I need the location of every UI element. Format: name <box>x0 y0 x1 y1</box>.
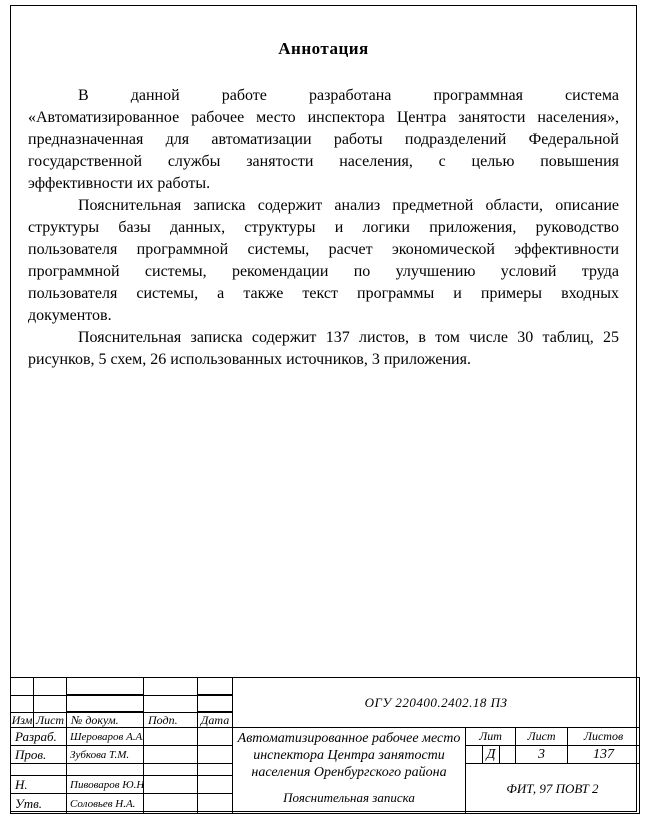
signature-role: Н. <box>11 776 67 794</box>
signature-field <box>144 794 198 813</box>
signature-field <box>144 746 198 764</box>
revision-cell <box>198 696 233 713</box>
column-header-data: Дата <box>198 713 233 728</box>
text-line: Пояснительная записка содержит анализ пр… <box>28 195 619 217</box>
text-line: эффективности их работы. <box>28 173 619 195</box>
signature-name: Соловьев Н.А. <box>67 794 144 813</box>
revision-cell <box>67 678 144 696</box>
document-title-line: Автоматизированное рабочее место <box>238 730 461 747</box>
revision-cell <box>198 678 233 696</box>
sheets-header: Листов <box>568 728 639 746</box>
document-title-line: инспектора Центра занятости <box>253 747 445 764</box>
text-line: пользователя программной системы, расчет… <box>28 239 619 261</box>
signature-name <box>67 764 144 776</box>
text-line: программной системы, рекомендации по улу… <box>28 261 619 283</box>
date-field <box>198 764 233 776</box>
text-line: документов. <box>28 305 619 327</box>
signature-role: Пров. <box>11 746 67 764</box>
title-block: Изм Лист № докум. Подп. Дата Разраб. Шер… <box>10 677 640 814</box>
text-line: В данной работе разработана программная … <box>28 85 619 107</box>
date-field <box>198 746 233 764</box>
lit-subcell <box>466 746 483 764</box>
text-line: пользователя системы, а также текст прог… <box>28 283 619 305</box>
signature-field <box>144 776 198 794</box>
date-field <box>198 776 233 794</box>
signature-name: Зубкова Т.М. <box>67 746 144 764</box>
annotation-heading: Аннотация <box>11 39 636 59</box>
document-subtitle: Пояснительная записка <box>283 790 415 806</box>
signature-field <box>144 764 198 776</box>
revision-cell <box>34 678 67 696</box>
document-title-cell: Автоматизированное рабочее место инспект… <box>233 728 466 813</box>
signature-role: Утв. <box>11 794 67 813</box>
revision-cell <box>11 678 34 696</box>
organization-cell: ФИТ, 97 ПОВТ 2 <box>466 764 639 813</box>
signature-name: Пивоваров Ю.Н. <box>67 776 144 794</box>
lit-value: Д <box>483 746 500 764</box>
text-line: «Автоматизированное рабочее место инспек… <box>28 107 619 129</box>
lit-subcell <box>500 746 516 764</box>
text-line: рисунков, 5 схем, 26 использованных исто… <box>28 349 619 371</box>
column-header-doc-num: № докум. <box>67 713 144 728</box>
column-header-izm: Изм <box>11 713 34 728</box>
text-line: Пояснительная записка содержит 137 листо… <box>28 327 619 349</box>
text-line: структуры базы данных, структуры и логик… <box>28 217 619 239</box>
date-field <box>198 794 233 813</box>
signature-name: Шероваров А.А. <box>67 728 144 746</box>
revision-cell <box>144 696 198 713</box>
signature-role <box>11 764 67 776</box>
revision-cell <box>11 696 34 713</box>
paragraph: Пояснительная записка содержит 137 листо… <box>28 327 619 371</box>
column-header-list: Лист <box>34 713 67 728</box>
revision-cell <box>144 678 198 696</box>
paragraph: Пояснительная записка содержит анализ пр… <box>28 195 619 327</box>
signature-field <box>144 728 198 746</box>
lit-header: Лит <box>466 728 516 746</box>
sheet-header: Лист <box>516 728 568 746</box>
text-line: государственной службы занятости населен… <box>28 151 619 173</box>
signature-role: Разраб. <box>11 728 67 746</box>
column-header-podp: Подп. <box>144 713 198 728</box>
text-line: предназначенная для автоматизации работы… <box>28 129 619 151</box>
revision-cell <box>34 696 67 713</box>
revision-cell <box>67 696 144 713</box>
document-title-line: населения Оренбургского района <box>251 764 446 781</box>
document-code: ОГУ 220400.2402.18 ПЗ <box>233 678 639 728</box>
sheet-value: 3 <box>516 746 568 764</box>
date-field <box>198 728 233 746</box>
body-text: В данной работе разработана программная … <box>28 85 619 371</box>
paragraph: В данной работе разработана программная … <box>28 85 619 195</box>
sheets-value: 137 <box>568 746 639 764</box>
